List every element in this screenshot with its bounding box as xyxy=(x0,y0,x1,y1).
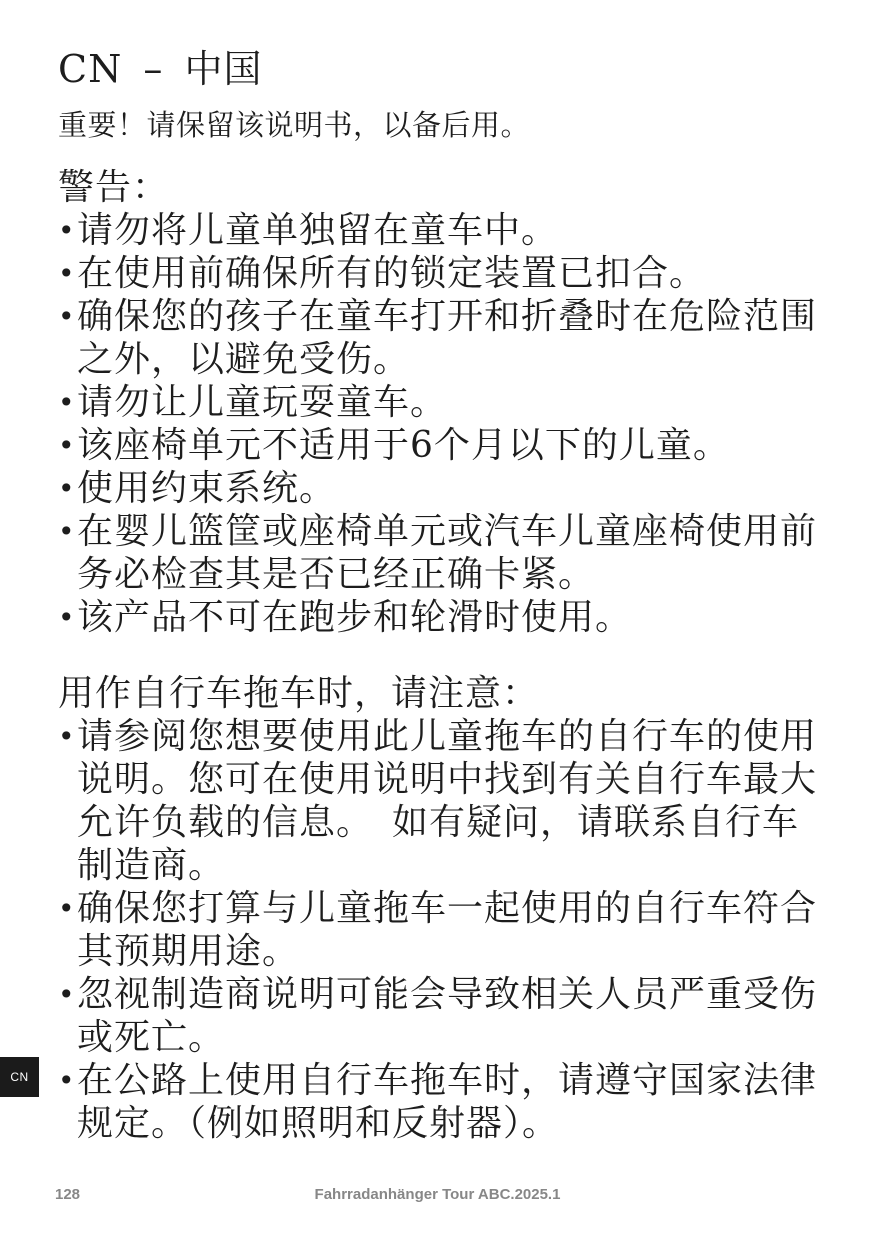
list-item: •该产品不可在跑步和轮滑时使用。 xyxy=(58,596,822,639)
footer-document-title: Fahrradanhänger Tour ABC.2025.1 xyxy=(0,1186,875,1203)
important-note: 重要！请保留该说明书，以备后用。 xyxy=(58,104,822,146)
list-item-text: 在使用前确保所有的锁定装置已扣合。 xyxy=(77,252,706,295)
bullet-icon: • xyxy=(58,1059,77,1102)
list-item: •请勿将儿童单独留在童车中。 xyxy=(58,209,822,252)
list-item-text: 请勿将儿童单独留在童车中。 xyxy=(77,209,558,252)
bullet-icon: • xyxy=(58,424,77,467)
list-item: •确保您的孩子在童车打开和折叠时在危险范围 之外，以避免受伤。 xyxy=(58,295,822,381)
bullet-icon: • xyxy=(58,295,77,338)
warning-section: 用作自行车拖车时，请注意：•请参阅您想要使用此儿童拖车的自行车的使用 说明。您可… xyxy=(58,672,822,1145)
language-tab-label: CN xyxy=(10,1070,28,1084)
list-item: •在公路上使用自行车拖车时，请遵守国家法律 规定。（例如照明和反射器）。 xyxy=(58,1059,822,1145)
bullet-icon: • xyxy=(58,973,77,1016)
list-item: •忽视制造商说明可能会导致相关人员严重受伤 或死亡。 xyxy=(58,973,822,1059)
bullet-icon: • xyxy=(58,887,77,930)
page-number: 128 xyxy=(55,1186,80,1203)
sections-container: 警告：•请勿将儿童单独留在童车中。•在使用前确保所有的锁定装置已扣合。•确保您的… xyxy=(58,166,822,1145)
section-heading: 警告： xyxy=(58,166,822,209)
section-heading: 用作自行车拖车时，请注意： xyxy=(58,672,822,715)
bullet-icon: • xyxy=(58,209,77,252)
bullet-icon: • xyxy=(58,510,77,553)
list-item: •在婴儿篮筐或座椅单元或汽车儿童座椅使用前 务必检查其是否已经正确卡紧。 xyxy=(58,510,822,596)
bullet-icon: • xyxy=(58,381,77,424)
list-item-text: 确保您打算与儿童拖车一起使用的自行车符合 其预期用途。 xyxy=(77,887,817,973)
list-item: •确保您打算与儿童拖车一起使用的自行车符合 其预期用途。 xyxy=(58,887,822,973)
list-item-text: 使用约束系统。 xyxy=(77,467,336,510)
list-item-text: 请参阅您想要使用此儿童拖车的自行车的使用 说明。您可在使用说明中找到有关自行车最… xyxy=(77,715,817,887)
page-title: CN – 中国 xyxy=(58,46,822,92)
list-item-text: 该产品不可在跑步和轮滑时使用。 xyxy=(77,596,632,639)
bullet-icon: • xyxy=(58,252,77,295)
list-item: •请勿让儿童玩耍童车。 xyxy=(58,381,822,424)
list-item-text: 在婴儿篮筐或座椅单元或汽车儿童座椅使用前 务必检查其是否已经正确卡紧。 xyxy=(77,510,817,596)
bullet-icon: • xyxy=(58,596,77,639)
content-area: CN – 中国 重要！请保留该说明书，以备后用。 警告：•请勿将儿童单独留在童车… xyxy=(58,46,822,1145)
document-page: CN – 中国 重要！请保留该说明书，以备后用。 警告：•请勿将儿童单独留在童车… xyxy=(0,0,875,1241)
list-item: •在使用前确保所有的锁定装置已扣合。 xyxy=(58,252,822,295)
bullet-icon: • xyxy=(58,467,77,510)
language-tab: CN xyxy=(0,1057,39,1097)
list-item-text: 在公路上使用自行车拖车时，请遵守国家法律 规定。（例如照明和反射器）。 xyxy=(77,1059,817,1145)
list-item: •使用约束系统。 xyxy=(58,467,822,510)
list-item-text: 确保您的孩子在童车打开和折叠时在危险范围 之外，以避免受伤。 xyxy=(77,295,817,381)
bullet-icon: • xyxy=(58,715,77,758)
list-item: •请参阅您想要使用此儿童拖车的自行车的使用 说明。您可在使用说明中找到有关自行车… xyxy=(58,715,822,887)
list-item-text: 该座椅单元不适用于6个月以下的儿童。 xyxy=(77,424,730,467)
list-item: •该座椅单元不适用于6个月以下的儿童。 xyxy=(58,424,822,467)
warning-section: 警告：•请勿将儿童单独留在童车中。•在使用前确保所有的锁定装置已扣合。•确保您的… xyxy=(58,166,822,639)
list-item-text: 忽视制造商说明可能会导致相关人员严重受伤 或死亡。 xyxy=(77,973,817,1059)
list-item-text: 请勿让儿童玩耍童车。 xyxy=(77,381,447,424)
